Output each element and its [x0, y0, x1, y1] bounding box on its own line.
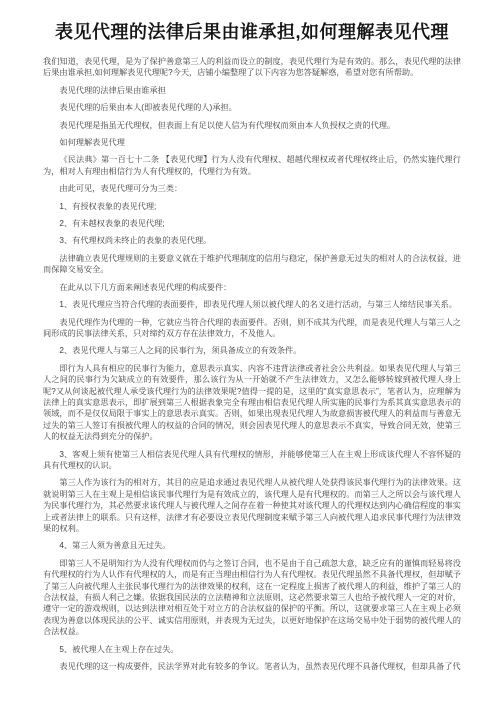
paragraph: 法律确立表见代理规则的主要意义就在于维护代理制度的信用与稳定，保护善意无过失的相…	[43, 253, 461, 276]
paragraph: 即第三人不是明知行为人没有代理权而仍与之签订合同，也不是由于自己疏忽大意，缺乏应…	[43, 558, 461, 638]
paragraph: 2、有未越权表象的表见代理;	[43, 218, 461, 229]
paragraph: 表见代理作为代理的一种，它就应当符合代理的表面要件。否则，则不成其为代理，而是表…	[43, 317, 461, 340]
paragraph: 1、有授权表象的表见代理;	[43, 201, 461, 212]
paragraph: 如何理解表见代理	[43, 137, 461, 148]
paragraph: 由此可见，表见代理可分为三类：	[43, 183, 461, 194]
paragraph: 第三人作为该行为的相对方，其目的应是追求通过表见代理人从被代理人处获得该民事代理…	[43, 477, 461, 534]
paragraph: 3、客观上须有使第三人相信表见代理人具有代理权的情形，并能够使第三人在主观上形成…	[43, 449, 461, 472]
paragraph: 5、被代理人在主观上存在过失。	[43, 644, 461, 655]
article-body: 我们知道，表见代理，是为了保护善意第三人的利益而设立的制度，表见代理行为是有效的…	[43, 56, 461, 672]
paragraph: 表见代理是指虽无代理权，但表面上有足以使人信为有代理权而须由本人负授权之责的代理…	[43, 120, 461, 131]
article-page: 表见代理的法律后果由谁承担,如何理解表见代理 我们知道，表见代理，是为了保护善意…	[0, 0, 504, 713]
page-title: 表见代理的法律后果由谁承担,如何理解表见代理	[30, 21, 474, 43]
paragraph: 我们知道，表见代理，是为了保护善意第三人的利益而设立的制度，表见代理行为是有效的…	[43, 56, 461, 79]
paragraph: 3、有代理权尚未终止的表象的表见代理。	[43, 235, 461, 246]
paragraph: 即行为人具有相应的民事行为能力，意思表示真实、内容不违背法律或者社会公共利益。如…	[43, 363, 461, 443]
paragraph: 表见代理的法律后果由谁承担	[43, 85, 461, 96]
paragraph: 《民法典》第一百七十二条 【表见代理】行为人没有代理权、超越代理权或者代理权终止…	[43, 154, 461, 177]
paragraph: 1、表见代理应当符合代理的表面要件，即表见代理人须以被代理人的名义进行活动，与第…	[43, 299, 461, 310]
paragraph: 2、表见代理人与第三人之间的民事行为，须具备成立的有效条件。	[43, 345, 461, 356]
paragraph: 表见代理的后果由本人(即被表见代理的人)承担。	[43, 102, 461, 113]
paragraph: 4、第三人须为善意且无过失。	[43, 540, 461, 551]
paragraph: 表见代理的这一构成要件，民法学界对此有较多的争议。笔者认为，虽然表见代理不具备代…	[43, 661, 461, 672]
paragraph: 在此从以下几方面来阐述表见代理的构成要件：	[43, 282, 461, 293]
